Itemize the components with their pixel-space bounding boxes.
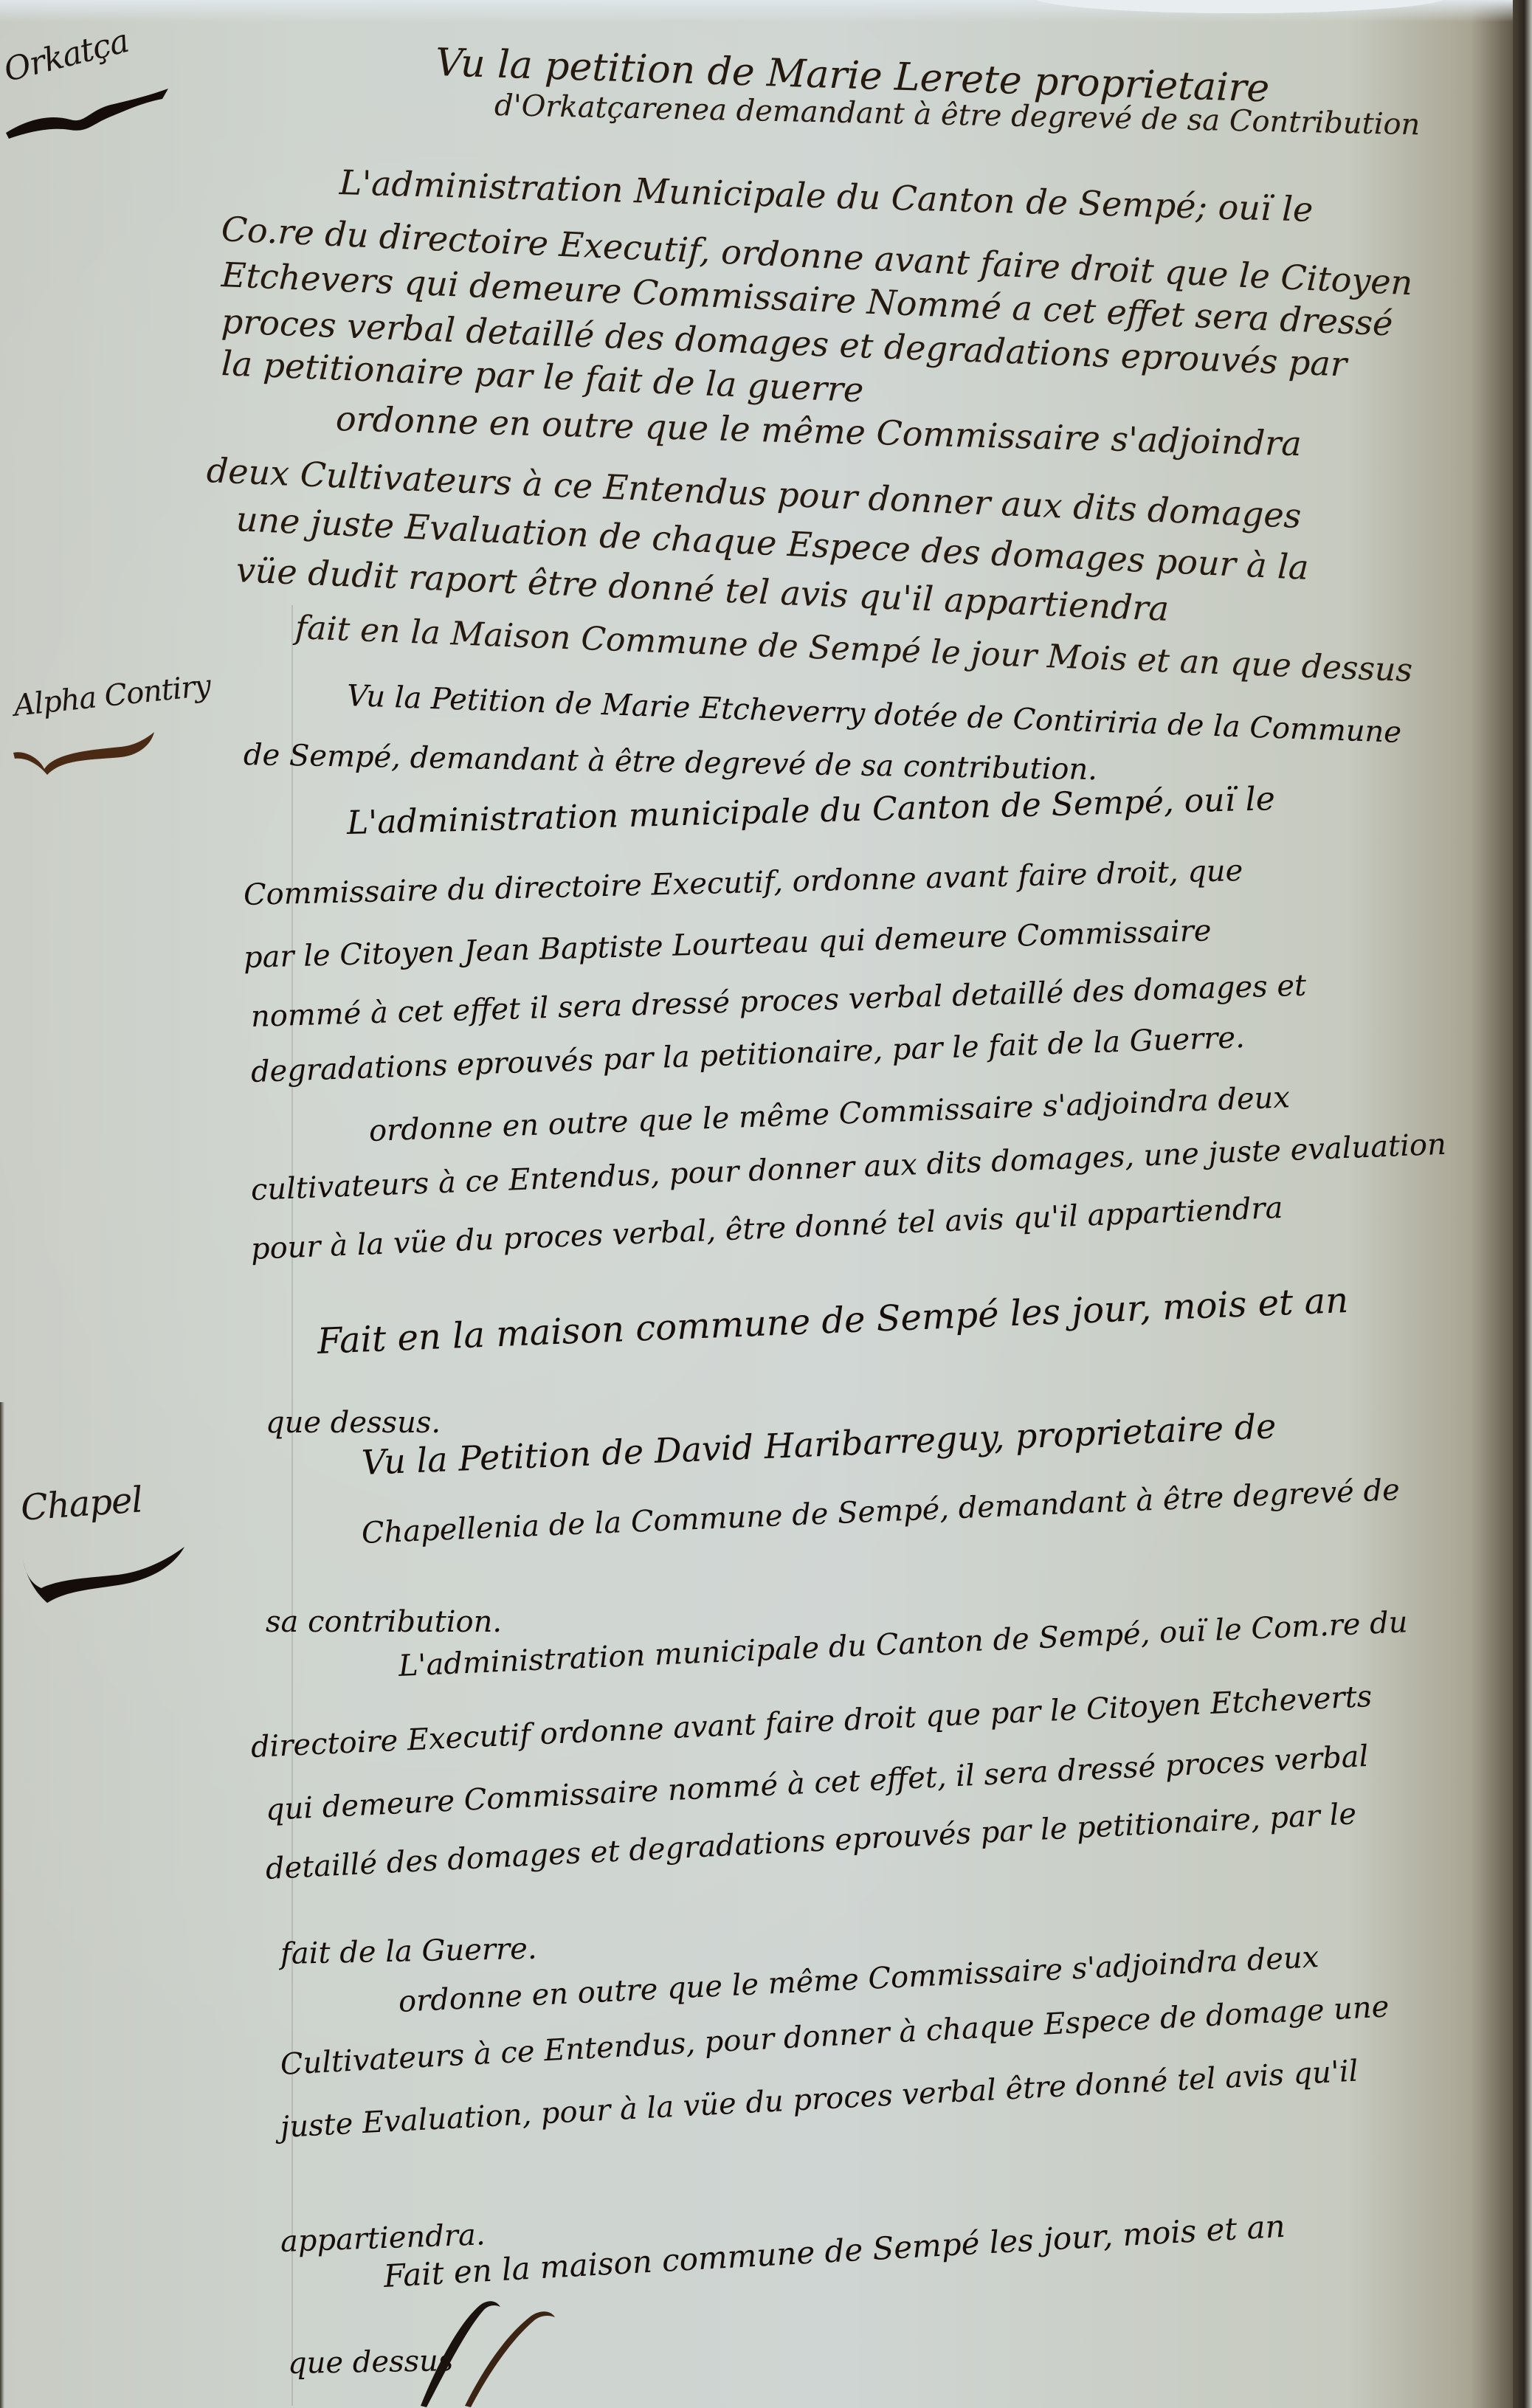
entry-2-line-5: par le Citoyen Jean Baptiste Lourteau qu… [243, 914, 1212, 975]
entry-1-line-8: ordonne en outre que le même Commissaire… [335, 399, 1302, 463]
entry-2-line-12: que dessus. [266, 1406, 441, 1440]
margin-flourish-icon [10, 731, 158, 790]
entry-2-line-1: Vu la Petition de Marie Etcheverry dotée… [346, 679, 1402, 750]
margin-flourish-icon [0, 74, 177, 140]
margin-note-alpha-contiry: Alpha Contiry [12, 669, 212, 723]
entry-3-line-1: Vu la Petition de David Haribarreguy, pr… [361, 1406, 1277, 1483]
margin-note-chapel: Chapel [19, 1479, 143, 1528]
entry-3-line-3: sa contribution. [266, 1605, 502, 1639]
entry-3-line-2: Chapellenia de la Commune de Sempé, dema… [361, 1473, 1401, 1550]
entry-2-line-10: pour à la vüe du proces verbal, être don… [250, 1191, 1283, 1266]
entry-2-line-11: Fait en la maison commune de Sempé les j… [317, 1280, 1349, 1362]
register-page: Orkatça Alpha Contiry Chapel Vu la petit… [0, 0, 1532, 2408]
entry-1-line-12: fait en la Maison Commune de Sempé le jo… [294, 609, 1413, 689]
entry-3-line-13: Fait en la maison commune de Sempé les j… [383, 2208, 1286, 2294]
entry-3-line-4: L'administration municipale du Canton de… [398, 1605, 1408, 1683]
entry-2-line-2: de Sempé, demandant à être degrevé de sa… [244, 738, 1098, 787]
entry-3-line-12: appartiendra. [280, 2218, 486, 2259]
signature-flourish-icon [413, 2295, 649, 2408]
entry-2-line-4: Commissaire du directoire Executif, ordo… [243, 854, 1243, 912]
entry-2-line-7: degradations eprouvés par la petitionair… [250, 1021, 1245, 1089]
entry-1-line-3: L'administration Municipale du Canton de… [339, 162, 1314, 230]
left-page-edge [0, 1402, 4, 2408]
torn-page-top-edge [0, 0, 1532, 22]
entry-2-line-3: L'administration municipale du Canton de… [346, 780, 1275, 842]
entry-3-line-8: fait de la Guerre. [280, 1932, 537, 1971]
margin-flourish-icon [15, 1542, 192, 1609]
book-binding-edge [1513, 0, 1532, 2408]
